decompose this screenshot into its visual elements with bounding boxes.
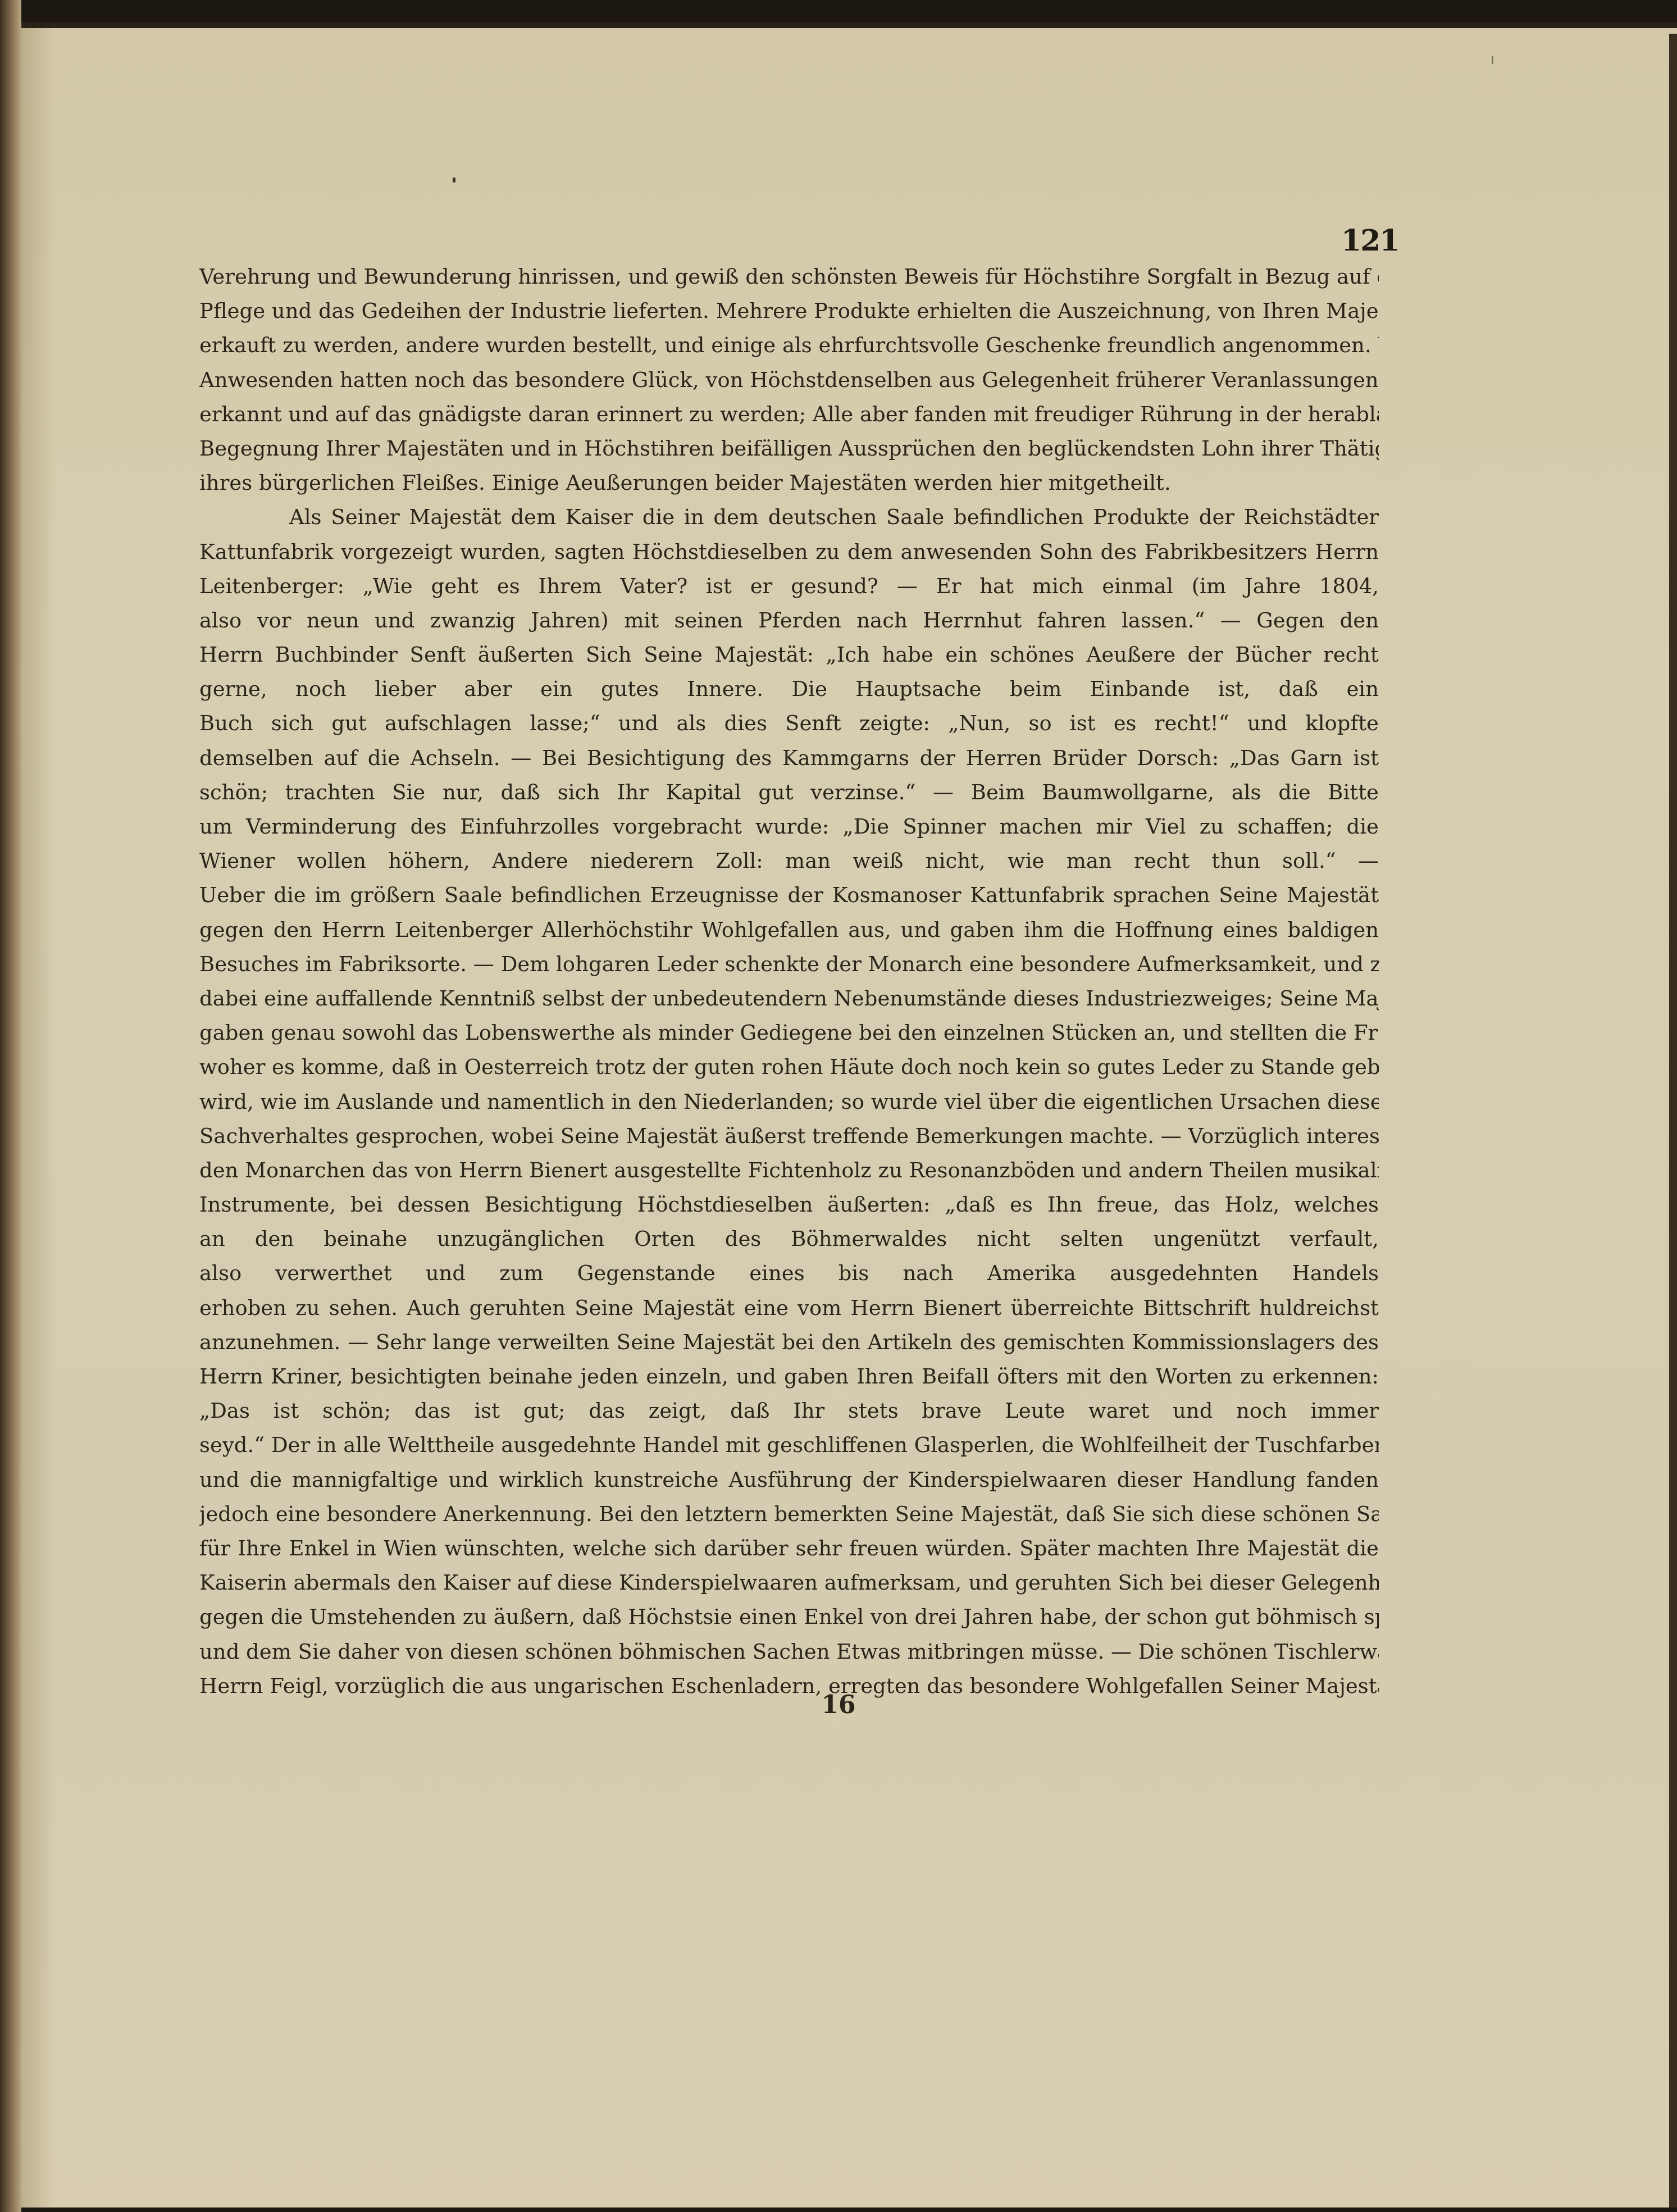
text-line: gegen den Herrn Leitenberger Allerhöchst… <box>199 913 1379 947</box>
text-line: dabei eine auffallende Kenntniß selbst d… <box>199 981 1379 1016</box>
text-line: Herrn Kriner, besichtigten beinahe jeden… <box>199 1359 1379 1394</box>
body-text: Verehrung und Bewunderung hinrissen, und… <box>199 260 1379 1703</box>
text-line: „Das ist schön; das ist gut; das zeigt, … <box>199 1394 1379 1428</box>
text-line: Besuches im Fabriksorte. — Dem lohgaren … <box>199 947 1379 981</box>
text-line: ihres bürgerlichen Fleißes. Einige Aeuße… <box>199 466 1379 500</box>
text-line: wird, wie im Auslande und namentlich in … <box>199 1085 1379 1119</box>
text-line: Begegnung Ihrer Majestäten und in Höchst… <box>199 431 1379 466</box>
text-line: seyd.“ Der in alle Welttheile ausgedehnt… <box>199 1428 1379 1462</box>
text-line: gerne, noch lieber aber ein gutes Innere… <box>199 672 1379 706</box>
page-number: 121 <box>1341 224 1399 258</box>
page-edge <box>1669 34 1677 2208</box>
text-line: Instrumente, bei dessen Besichtigung Höc… <box>199 1187 1379 1222</box>
paragraph-2: Als Seiner Majestät dem Kaiser die in de… <box>199 500 1379 1703</box>
text-line: demselben auf die Achseln. — Bei Besicht… <box>199 741 1379 775</box>
text-line: an den beinahe unzugänglichen Orten des … <box>199 1222 1379 1256</box>
text-line: den Monarchen das von Herrn Bienert ausg… <box>199 1153 1379 1187</box>
text-line: erhoben zu sehen. Auch geruhten Seine Ma… <box>199 1291 1379 1325</box>
text-line: Kattunfabrik vorgezeigt wurden, sagten H… <box>199 535 1379 569</box>
text-line: gegen die Umstehenden zu äußern, daß Höc… <box>199 1600 1379 1634</box>
paragraph-1: Verehrung und Bewunderung hinrissen, und… <box>199 260 1379 500</box>
ink-speck <box>1492 56 1493 64</box>
text-line: Wiener wollen höhern, Andere niederern Z… <box>199 844 1379 878</box>
text-line: anzunehmen. — Sehr lange verweilten Sein… <box>199 1325 1379 1359</box>
text-line: Pflege und das Gedeihen der Industrie li… <box>199 294 1379 328</box>
signature-mark: 16 <box>0 1691 1677 1719</box>
text-line: Verehrung und Bewunderung hinrissen, und… <box>199 260 1379 294</box>
text-line: also verwerthet und zum Gegenstande eine… <box>199 1256 1379 1290</box>
text-line: Sachverhaltes gesprochen, wobei Seine Ma… <box>199 1119 1379 1153</box>
text-line: Anwesenden hatten noch das besondere Glü… <box>199 363 1379 397</box>
text-line: Als Seiner Majestät dem Kaiser die in de… <box>199 500 1379 534</box>
text-line: woher es komme, daß in Oesterreich trotz… <box>199 1050 1379 1084</box>
text-line: erkannt und auf das gnädigste daran erin… <box>199 397 1379 431</box>
text-line: Herrn Buchbinder Senft äußerten Sich Sei… <box>199 638 1379 672</box>
text-line: Ueber die im größern Saale befindlichen … <box>199 878 1379 912</box>
text-line: für Ihre Enkel in Wien wünschten, welche… <box>199 1531 1379 1565</box>
text-line: also vor neun und zwanzig Jahren) mit se… <box>199 603 1379 638</box>
text-line: Kaiserin abermals den Kaiser auf diese K… <box>199 1565 1379 1600</box>
text-line: erkauft zu werden, andere wurden bestell… <box>199 328 1379 362</box>
text-line: und dem Sie daher von diesen schönen böh… <box>199 1635 1379 1669</box>
ink-speck <box>453 177 455 183</box>
text-line: und die mannigfaltige und wirklich kunst… <box>199 1463 1379 1497</box>
text-line: jedoch eine besondere Anerkennung. Bei d… <box>199 1497 1379 1531</box>
text-line: Leitenberger: „Wie geht es Ihrem Vater? … <box>199 569 1379 603</box>
text-line: Buch sich gut aufschlagen lasse;“ und al… <box>199 706 1379 740</box>
book-gutter <box>0 0 21 2212</box>
text-line: schön; trachten Sie nur, daß sich Ihr Ka… <box>199 775 1379 809</box>
text-line: um Verminderung des Einfuhrzolles vorgeb… <box>199 809 1379 844</box>
text-line: gaben genau sowohl das Lobenswerthe als … <box>199 1016 1379 1050</box>
